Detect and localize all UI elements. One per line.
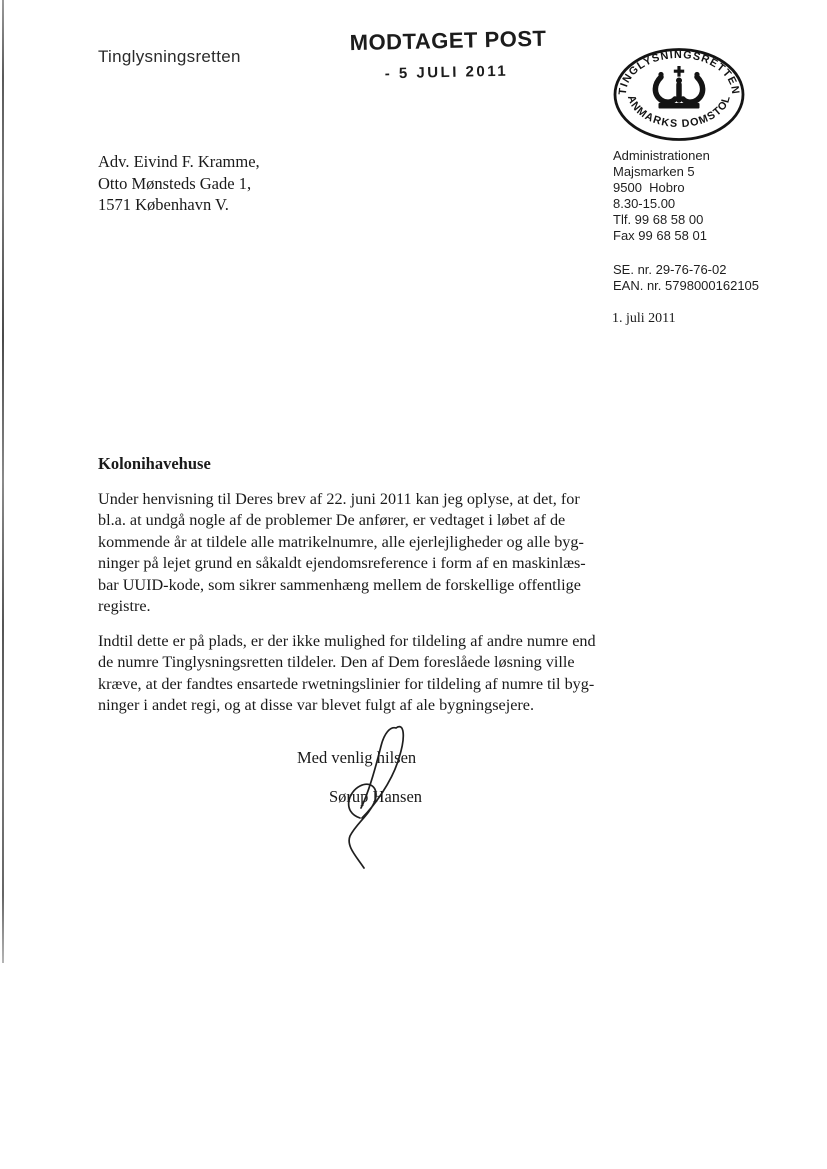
scan-artifact-line	[2, 0, 4, 963]
text-line: Fax 99 68 58 01	[613, 228, 710, 244]
text-line: Administrationen	[613, 148, 710, 164]
body-paragraph-2: Indtil dette er på plads, er der ikke mu…	[98, 631, 596, 717]
text-line: bl.a. at undgå nogle af de problemer De …	[98, 510, 586, 531]
recipient-address: Adv. Eivind F. Kramme,Otto Mønsteds Gade…	[98, 151, 260, 216]
body-paragraph-1: Under henvisning til Deres brev af 22. j…	[98, 489, 586, 617]
text-line: ninger på lejet grund en såkaldt ejendom…	[98, 553, 586, 574]
text-line: kommende år at tildele alle matrikelnumr…	[98, 532, 586, 553]
text-line: kræve, at der fandtes ensartede rwetning…	[98, 674, 596, 695]
text-line: EAN. nr. 5798000162105	[613, 278, 759, 294]
text-line: 1571 København V.	[98, 194, 260, 216]
subject-heading: Kolonihavehuse	[98, 454, 211, 474]
text-line: bar UUID-kode, som sikrer sammenhæng mel…	[98, 575, 586, 596]
text-line: de numre Tinglysningsretten tildeler. De…	[98, 652, 596, 673]
royal-crown-icon	[655, 66, 702, 109]
text-line: 8.30-15.00	[613, 196, 710, 212]
text-line: Tlf. 99 68 58 00	[613, 212, 710, 228]
registration-numbers: SE. nr. 29-76-76-02EAN. nr. 579800016210…	[613, 262, 759, 294]
text-line: 9500 Hobro	[613, 180, 710, 196]
text-line: registre.	[98, 596, 586, 617]
text-line: Indtil dette er på plads, er der ikke mu…	[98, 631, 596, 652]
sender-name: Tinglysningsretten	[98, 47, 241, 67]
text-line: Under henvisning til Deres brev af 22. j…	[98, 489, 586, 510]
text-line: Otto Mønsteds Gade 1,	[98, 173, 260, 195]
text-line: Adv. Eivind F. Kramme,	[98, 151, 260, 173]
handwritten-signature	[312, 708, 432, 883]
stamp-title: MODTAGET POST	[349, 26, 542, 56]
scanned-letter-page: Tinglysningsretten MODTAGET POST - 5 JUL…	[0, 0, 827, 1169]
court-seal: TINGLYSNINGSRETTEN DANMARKS DOMSTOLE	[611, 46, 747, 143]
sender-contact-info: AdministrationenMajsmarken 59500 Hobro8.…	[613, 148, 710, 244]
received-post-stamp: MODTAGET POST - 5 JULI 2011	[349, 26, 542, 83]
text-line: Majsmarken 5	[613, 164, 710, 180]
letter-date: 1. juli 2011	[612, 311, 676, 327]
text-line: SE. nr. 29-76-76-02	[613, 262, 759, 278]
stamp-date: - 5 JULI 2011	[350, 62, 542, 83]
